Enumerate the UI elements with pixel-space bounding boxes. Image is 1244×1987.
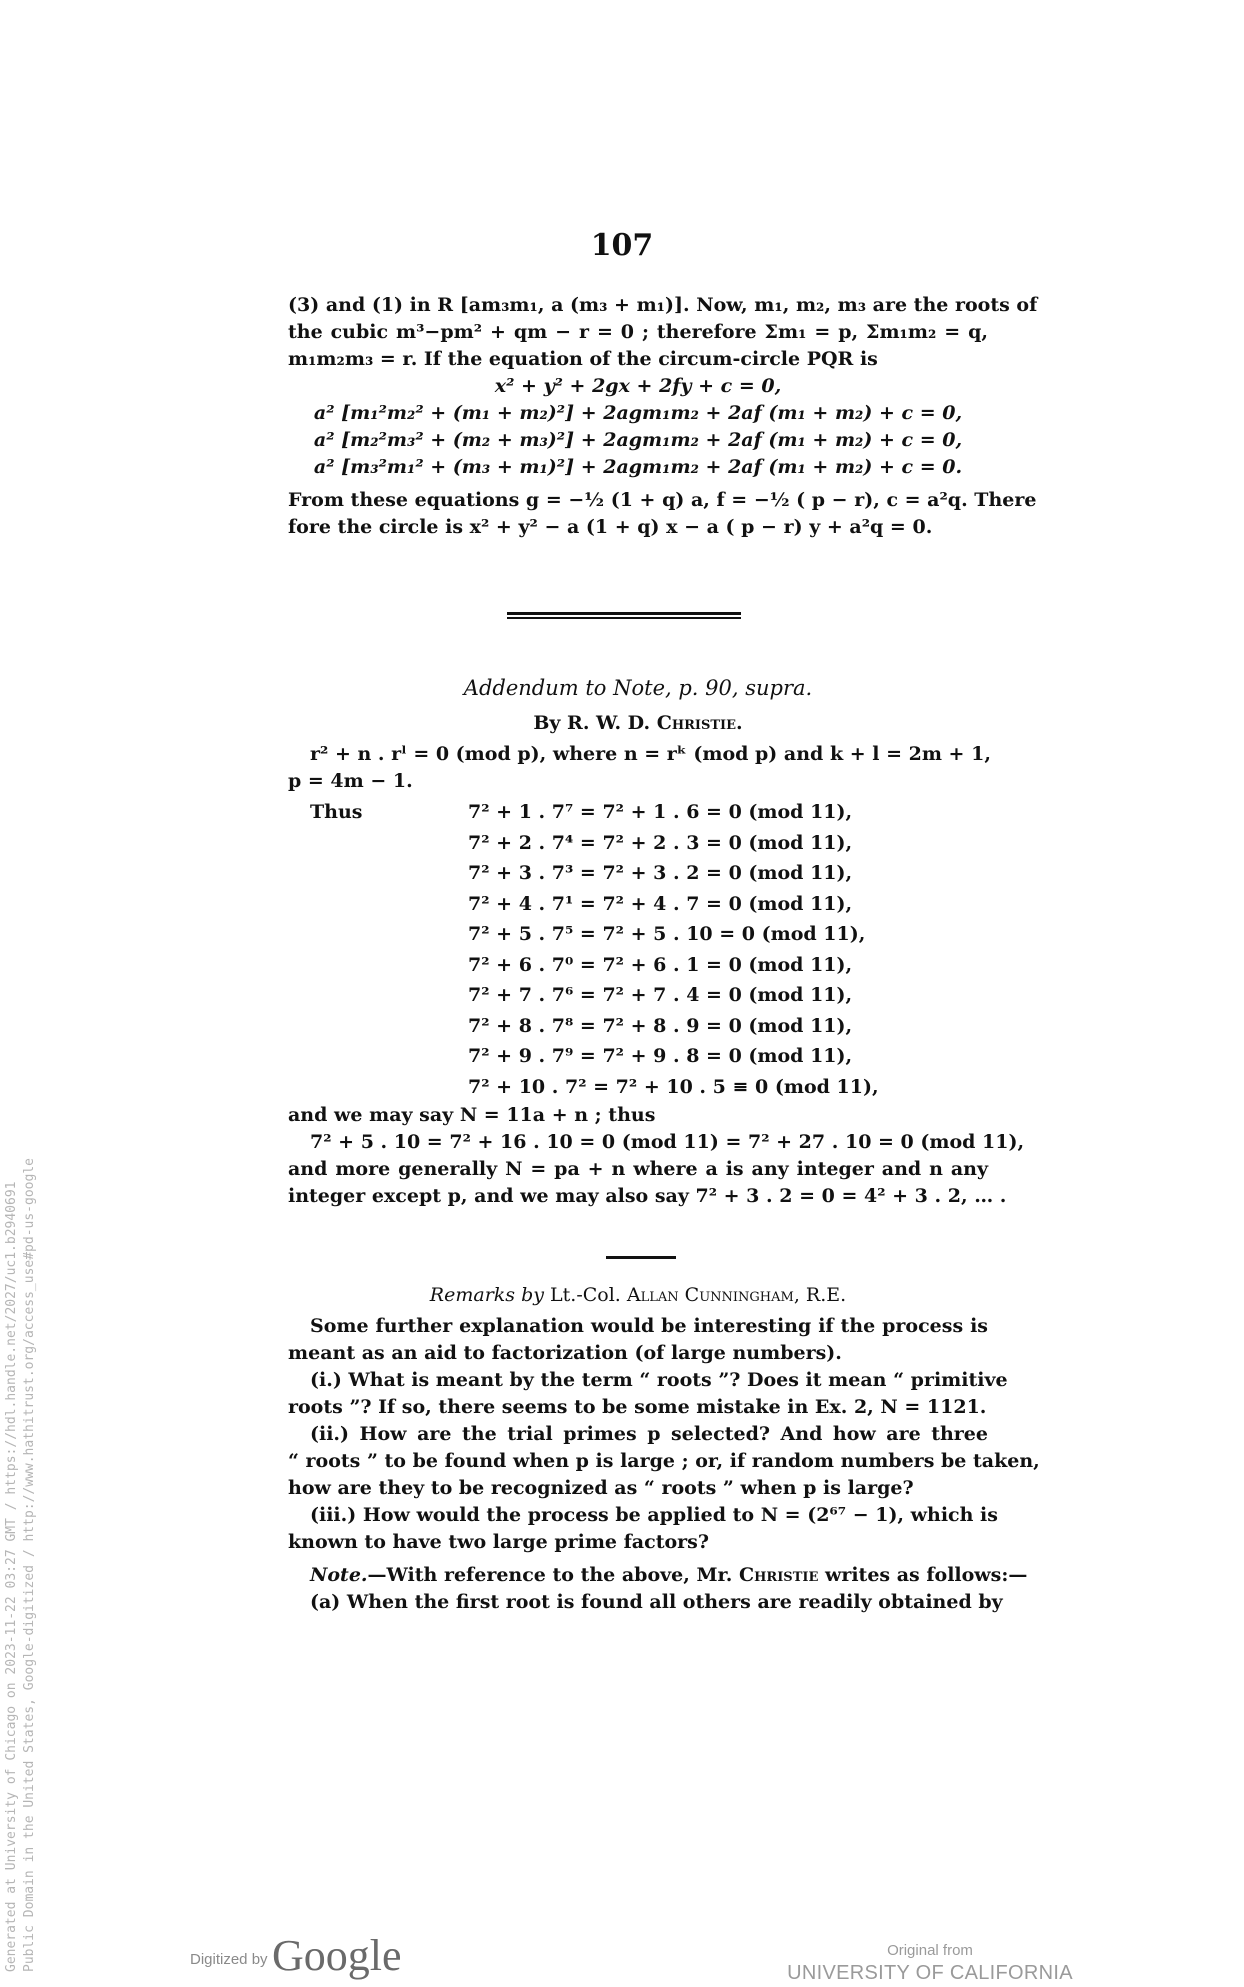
watermark-line: Public Domain in the United States, Goog… xyxy=(22,1158,37,1972)
addendum-byline: By R. W. D. Christie. xyxy=(288,710,988,737)
equation: a² [m₂²m₃² + (m₂ + m₃)²] + 2agm₁m₂ + 2af… xyxy=(288,427,988,454)
text-line: and we may say N = 11a + n ; thus xyxy=(288,1102,988,1129)
congruence-row: 7² + 7 . 7⁶ = 7² + 7 . 4 = 0 (mod 11), xyxy=(468,980,988,1011)
digitized-by-google: Digitized by Google xyxy=(190,1930,402,1981)
text-line: “ roots ” to be found when p is large ; … xyxy=(288,1448,988,1475)
congruence-row: 7² + 3 . 7³ = 7² + 3 . 2 = 0 (mod 11), xyxy=(468,858,988,889)
byline-prefix: By R. W. D. xyxy=(533,712,656,734)
note-end: writes as follows:— xyxy=(818,1564,1027,1586)
remarks-label: Remarks by xyxy=(430,1284,544,1306)
congruence-row: 7² + 8 . 7⁸ = 7² + 8 . 9 = 0 (mod 11), xyxy=(468,1011,988,1042)
original-from-label: Original from xyxy=(780,1940,1080,1962)
text-line: and more generally N = pa + n where a is… xyxy=(288,1156,988,1183)
congruence-row: 7² + 5 . 7⁵ = 7² + 5 . 10 = 0 (mod 11), xyxy=(468,919,988,950)
equation: a² [m₃²m₁² + (m₃ + m₁)²] + 2agm₁m₂ + 2af… xyxy=(288,454,988,481)
section-circum-circle: (3) and (1) in R [am₃m₁, a (m₃ + m₁)]. N… xyxy=(288,292,988,541)
text-line: the cubic m³−pm² + qm − r = 0 ; therefor… xyxy=(288,319,988,346)
congruence-row: 7² + 4 . 7¹ = 7² + 4 . 7 = 0 (mod 11), xyxy=(468,889,988,920)
text-line: r² + n . rˡ = 0 (mod p), where n = rᵏ (m… xyxy=(288,741,988,768)
congruence-row: 7² + 10 . 7² = 7² + 10 . 5 ≡ 0 (mod 11), xyxy=(468,1072,988,1103)
equation: x² + y² + 2gx + 2fy + c = 0, xyxy=(288,373,988,400)
text-line: (iii.) How would the process be applied … xyxy=(288,1502,988,1529)
author-name: Christie. xyxy=(657,712,743,734)
text-line: 7² + 5 . 10 = 7² + 16 . 10 = 0 (mod 11) … xyxy=(288,1129,988,1156)
digitized-by-label: Digitized by xyxy=(190,1951,268,1968)
note-label: Note. xyxy=(310,1564,368,1586)
section-remarks: Remarks by Lt.-Col. Allan Cunningham, R.… xyxy=(288,1282,988,1616)
text-line: known to have two large prime factors? xyxy=(288,1529,988,1556)
text-line: m₁m₂m₃ = r. If the equation of the circu… xyxy=(288,346,988,373)
addendum-title: Addendum to Note, p. 90, supra. xyxy=(288,675,988,702)
text-line: Some further explanation would be intere… xyxy=(288,1313,988,1340)
congruence-row: 7² + 9 . 7⁹ = 7² + 9 . 8 = 0 (mod 11), xyxy=(468,1041,988,1072)
note-text: —With reference to the above, Mr. xyxy=(368,1564,739,1586)
institution-name: UNIVERSITY OF CALIFORNIA xyxy=(780,1962,1080,1984)
text-line: roots ”? If so, there seems to be some m… xyxy=(288,1394,988,1421)
text-line: fore the circle is x² + y² − a (1 + q) x… xyxy=(288,514,988,541)
remarks-title: Remarks by Lt.-Col. Allan Cunningham, R.… xyxy=(288,1282,988,1309)
text-line: From these equations g = −½ (1 + q) a, f… xyxy=(288,487,988,514)
text-line: (i.) What is meant by the term “ roots ”… xyxy=(288,1367,988,1394)
text-line: how are they to be recognized as “ roots… xyxy=(288,1475,988,1502)
text-line: meant as an aid to factorization (of lar… xyxy=(288,1340,988,1367)
note-author: Christie xyxy=(739,1564,818,1586)
text-line: (ii.) How are the trial primes p selecte… xyxy=(288,1421,988,1448)
remarks-rank: Lt.-Col. xyxy=(544,1284,627,1306)
text-line: (3) and (1) in R [am₃m₁, a (m₃ + m₁)]. N… xyxy=(288,292,988,319)
hathitrust-watermark: Generated at University of Chicago on 20… xyxy=(0,980,34,1980)
page-number: 107 xyxy=(0,228,1244,263)
congruence-row: 7² + 2 . 7⁴ = 7² + 2 . 3 = 0 (mod 11), xyxy=(468,828,988,859)
section-divider xyxy=(606,1256,676,1259)
congruence-row: 7² + 1 . 7⁷ = 7² + 1 . 6 = 0 (mod 11), xyxy=(468,797,988,828)
remarks-suffix: , R.E. xyxy=(794,1284,846,1306)
section-divider xyxy=(507,612,741,619)
remarks-author: Allan Cunningham xyxy=(627,1284,794,1306)
original-source: Original from UNIVERSITY OF CALIFORNIA xyxy=(780,1940,1080,1984)
congruence-row: 7² + 6 . 7⁰ = 7² + 6 . 1 = 0 (mod 11), xyxy=(468,950,988,981)
equation: a² [m₁²m₂² + (m₁ + m₂)²] + 2agm₁m₂ + 2af… xyxy=(288,400,988,427)
text-line: p = 4m − 1. xyxy=(288,768,988,795)
congruence-table: Thus 7² + 1 . 7⁷ = 7² + 1 . 6 = 0 (mod 1… xyxy=(288,797,988,1102)
google-logo: Google xyxy=(272,1931,402,1980)
watermark-line: Generated at University of Chicago on 20… xyxy=(4,1182,19,1973)
text-line: (a) When the first root is found all oth… xyxy=(288,1589,988,1616)
note-line: Note.—With reference to the above, Mr. C… xyxy=(288,1562,988,1589)
text-line: integer except p, and we may also say 7²… xyxy=(288,1183,988,1210)
thus-label: Thus xyxy=(310,797,468,828)
section-addendum: Addendum to Note, p. 90, supra. By R. W.… xyxy=(288,675,988,1210)
